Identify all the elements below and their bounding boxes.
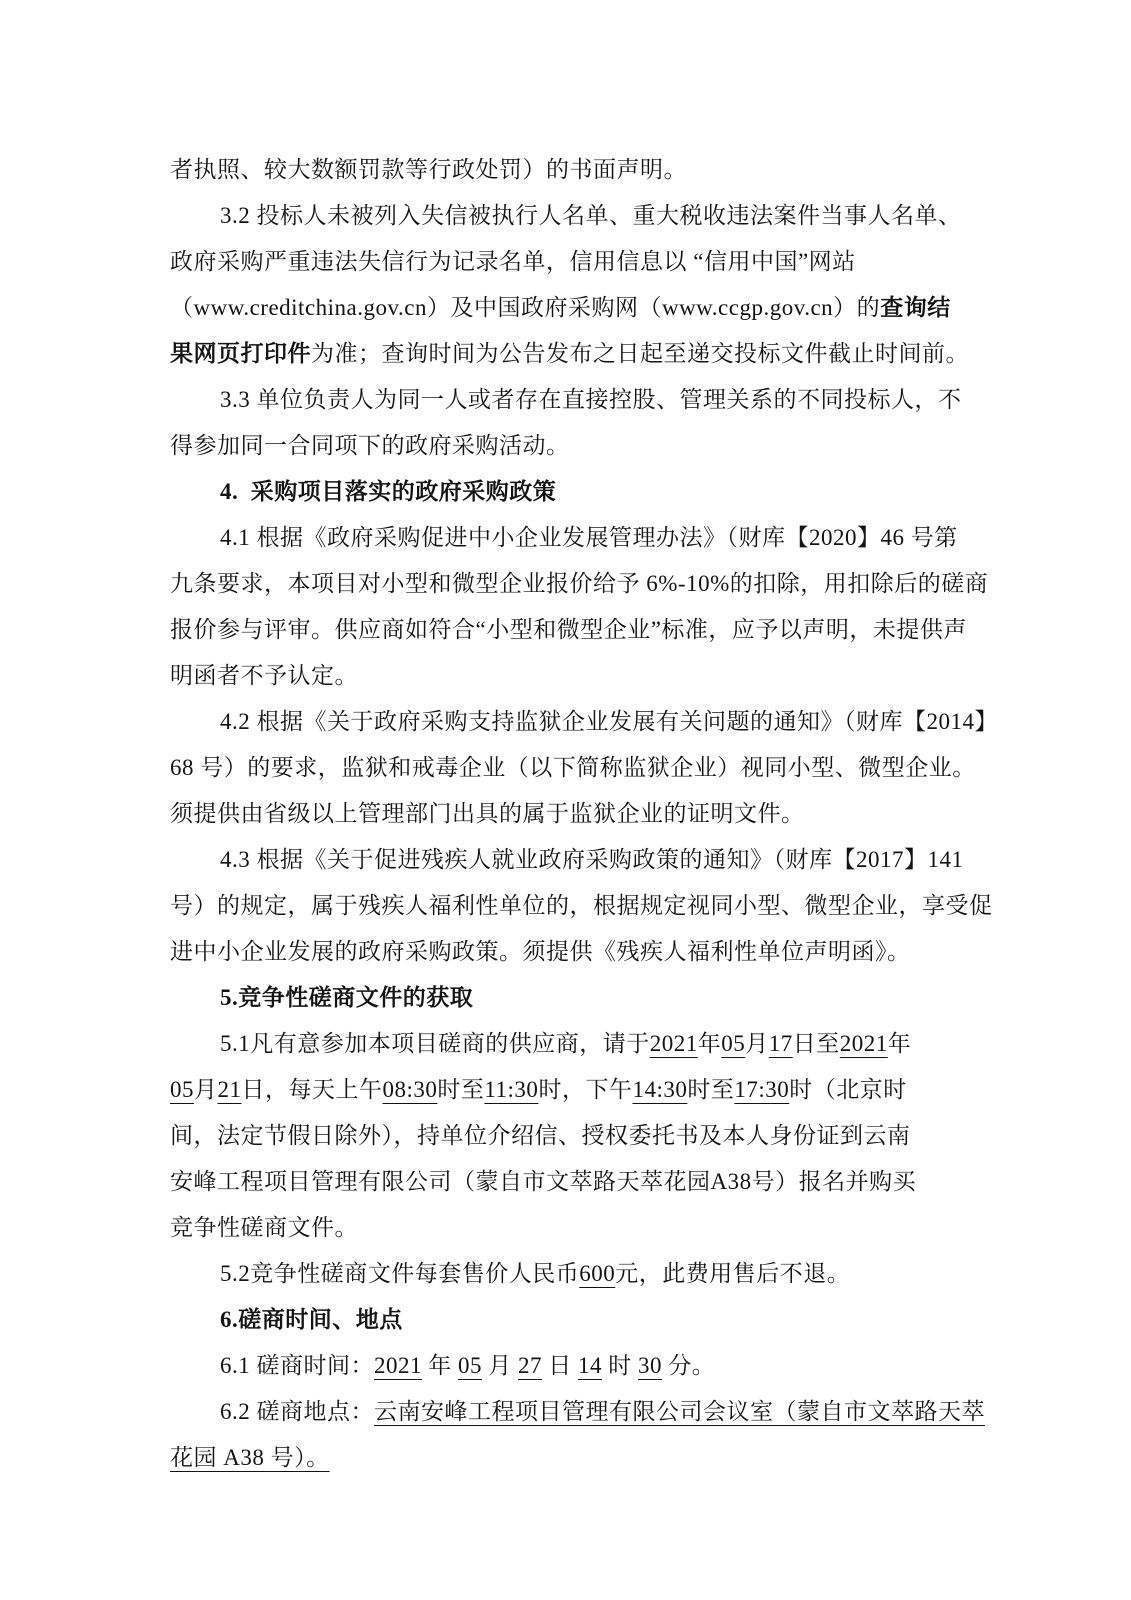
- text-line: 5.1凡有意参加本项目磋商的供应商，请于2021年05月17日至2021年: [170, 1021, 1001, 1067]
- underlined-text: 600: [579, 1261, 615, 1286]
- underlined-text: 花园 A38 号）。: [170, 1445, 330, 1470]
- text-run: 日: [542, 1353, 578, 1378]
- text-run: 年: [698, 1031, 722, 1056]
- text-run: 间，法定节假日除外），持单位介绍信、授权委托书及本人身份证到云南: [170, 1123, 911, 1148]
- text-run: 号）的规定，属于残疾人福利性单位的，根据规定视同小型、微型企业，享受促: [170, 893, 993, 918]
- text-run: 竞争性磋商文件。: [170, 1215, 358, 1240]
- text-run: 月: [482, 1353, 518, 1378]
- section-heading: 5.竞争性磋商文件的获取: [170, 975, 1001, 1021]
- text-run: 时至: [687, 1077, 734, 1102]
- text-line: 4.2 根据《关于政府采购支持监狱企业发展有关问题的通知》（财库【2014】: [170, 699, 1001, 745]
- text-line: 5.2竞争性磋商文件每套售价人民币600元，此费用售后不退。: [170, 1251, 1001, 1297]
- text-line: 68 号）的要求，监狱和戒毒企业（以下简称监狱企业）视同小型、微型企业。: [170, 745, 1001, 791]
- text-run: 4.2 根据《关于政府采购支持监狱企业发展有关问题的通知》（财库【2014】: [220, 709, 998, 734]
- text-run: 月: [194, 1077, 218, 1102]
- section-heading: 6.磋商时间、地点: [170, 1297, 1001, 1343]
- text-run: 月: [745, 1031, 769, 1056]
- text-line: 间，法定节假日除外），持单位介绍信、授权委托书及本人身份证到云南: [170, 1113, 1001, 1159]
- text-run: 须提供由省级以上管理部门出具的属于监狱企业的证明文件。: [170, 801, 805, 826]
- text-run: 68 号）的要求，监狱和戒毒企业（以下简称监狱企业）视同小型、微型企业。: [170, 755, 976, 780]
- text-line: 须提供由省级以上管理部门出具的属于监狱企业的证明文件。: [170, 791, 1001, 837]
- text-run: 6.1 磋商时间：: [220, 1353, 374, 1378]
- underlined-text: 17:30: [734, 1077, 789, 1102]
- bold-text: 5.竞争性磋商文件的获取: [220, 985, 473, 1010]
- text-line: 花园 A38 号）。: [170, 1435, 1001, 1481]
- underlined-text: 2021: [374, 1353, 422, 1378]
- text-run: 时，下午: [538, 1077, 632, 1102]
- text-run: 4.1 根据《政府采购促进中小企业发展管理办法》（财库【2020】46 号第: [220, 525, 958, 550]
- text-run: 日，每天上午: [242, 1077, 383, 1102]
- text-run: 安峰工程项目管理有限公司（蒙自市文萃路天萃花园A38号）报名并购买: [170, 1169, 916, 1194]
- text-run: 为准；查询时间为公告发布之日起至递交投标文件截止时间前。: [311, 341, 969, 366]
- text-line: 6.2 磋商地点：云南安峰工程项目管理有限公司会议室（蒙自市文萃路天萃: [170, 1389, 1001, 1435]
- text-line: 安峰工程项目管理有限公司（蒙自市文萃路天萃花园A38号）报名并购买: [170, 1159, 1001, 1205]
- text-line: （www.creditchina.gov.cn）及中国政府采购网（www.ccg…: [170, 285, 1001, 331]
- underlined-text: 08:30: [383, 1077, 438, 1102]
- text-line: 报价参与评审。供应商如符合“小型和微型企业”标准，应予以声明，未提供声: [170, 607, 1001, 653]
- underlined-text: 2021: [840, 1031, 888, 1056]
- text-line: 进中小企业发展的政府采购政策。须提供《残疾人福利性单位声明函》。: [170, 929, 1001, 975]
- text-run: 得参加同一合同项下的政府采购活动。: [170, 433, 570, 458]
- text-run: 九条要求，本项目对小型和微型企业报价给予 6%-10%的扣除，用扣除后的磋商: [170, 571, 988, 596]
- underlined-text: 30: [638, 1353, 662, 1378]
- text-run: 元，此费用售后不退。: [615, 1261, 850, 1286]
- text-run: 6.2 磋商地点：: [220, 1399, 374, 1424]
- text-line: 者执照、较大数额罚款等行政处罚）的书面声明。: [170, 147, 1001, 193]
- underlined-text: 17: [769, 1031, 793, 1056]
- document-body: 者执照、较大数额罚款等行政处罚）的书面声明。3.2 投标人未被列入失信被执行人名…: [170, 147, 1001, 1481]
- text-run: 3.2 投标人未被列入失信被执行人名单、重大税收违法案件当事人名单、: [220, 203, 962, 228]
- text-run: 5.2竞争性磋商文件每套售价人民币: [220, 1261, 579, 1286]
- underlined-text: 云南安峰工程项目管理有限公司会议室（蒙自市文萃路天萃: [374, 1399, 985, 1424]
- text-run: 4.3 根据《关于促进残疾人就业政府采购政策的通知》（财库【2017】141: [220, 847, 964, 872]
- underlined-text: 05: [721, 1031, 745, 1056]
- bold-text: 果网页打印件: [170, 341, 311, 366]
- text-run: 年: [422, 1353, 458, 1378]
- text-run: 报价参与评审。供应商如符合“小型和微型企业”标准，应予以声明，未提供声: [170, 617, 967, 642]
- text-line: 明函者不予认定。: [170, 653, 1001, 699]
- text-run: 明函者不予认定。: [170, 663, 358, 688]
- text-line: 3.2 投标人未被列入失信被执行人名单、重大税收违法案件当事人名单、: [170, 193, 1001, 239]
- text-line: 号）的规定，属于残疾人福利性单位的，根据规定视同小型、微型企业，享受促: [170, 883, 1001, 929]
- text-line: 4.3 根据《关于促进残疾人就业政府采购政策的通知》（财库【2017】141: [170, 837, 1001, 883]
- text-run: 分。: [662, 1353, 715, 1378]
- text-run: 3.3 单位负责人为同一人或者存在直接控股、管理关系的不同投标人，不: [220, 387, 962, 412]
- bold-text: 查询结: [880, 295, 951, 320]
- underlined-text: 14: [578, 1353, 602, 1378]
- text-line: 九条要求，本项目对小型和微型企业报价给予 6%-10%的扣除，用扣除后的磋商: [170, 561, 1001, 607]
- text-run: 时: [602, 1353, 638, 1378]
- text-run: （www.creditchina.gov.cn）及中国政府采购网（www.ccg…: [170, 295, 880, 320]
- text-line: 政府采购严重违法失信行为记录名单，信用信息以 “信用中国”网站: [170, 239, 1001, 285]
- text-line: 05月21日，每天上午08:30时至11:30时，下午14:30时至17:30时…: [170, 1067, 1001, 1113]
- bold-text: 4. 采购项目落实的政府采购政策: [220, 479, 556, 504]
- section-heading: 4. 采购项目落实的政府采购政策: [170, 469, 1001, 515]
- text-run: 时至: [437, 1077, 484, 1102]
- text-line: 4.1 根据《政府采购促进中小企业发展管理办法》（财库【2020】46 号第: [170, 515, 1001, 561]
- text-run: 年: [888, 1031, 912, 1056]
- text-run: 5.1凡有意参加本项目磋商的供应商，请于: [220, 1031, 650, 1056]
- underlined-text: 21: [218, 1077, 242, 1102]
- underlined-text: 11:30: [484, 1077, 538, 1102]
- bold-text: 6.磋商时间、地点: [220, 1307, 403, 1332]
- text-line: 竞争性磋商文件。: [170, 1205, 1001, 1251]
- document-page: 者执照、较大数额罚款等行政处罚）的书面声明。3.2 投标人未被列入失信被执行人名…: [0, 0, 1131, 1481]
- text-line: 6.1 磋商时间：2021 年 05 月 27 日 14 时 30 分。: [170, 1343, 1001, 1389]
- text-run: 政府采购严重违法失信行为记录名单，信用信息以 “信用中国”网站: [170, 249, 856, 274]
- underlined-text: 05: [458, 1353, 482, 1378]
- text-run: 时（北京时: [789, 1077, 907, 1102]
- text-run: 者执照、较大数额罚款等行政处罚）的书面声明。: [170, 157, 687, 182]
- text-run: 进中小企业发展的政府采购政策。须提供《残疾人福利性单位声明函》。: [170, 939, 911, 964]
- underlined-text: 2021: [650, 1031, 698, 1056]
- underlined-text: 05: [170, 1077, 194, 1102]
- underlined-text: 14:30: [632, 1077, 687, 1102]
- text-run: 日至: [793, 1031, 840, 1056]
- text-line: 3.3 单位负责人为同一人或者存在直接控股、管理关系的不同投标人，不: [170, 377, 1001, 423]
- text-line: 得参加同一合同项下的政府采购活动。: [170, 423, 1001, 469]
- text-line: 果网页打印件为准；查询时间为公告发布之日起至递交投标文件截止时间前。: [170, 331, 1001, 377]
- underlined-text: 27: [518, 1353, 542, 1378]
